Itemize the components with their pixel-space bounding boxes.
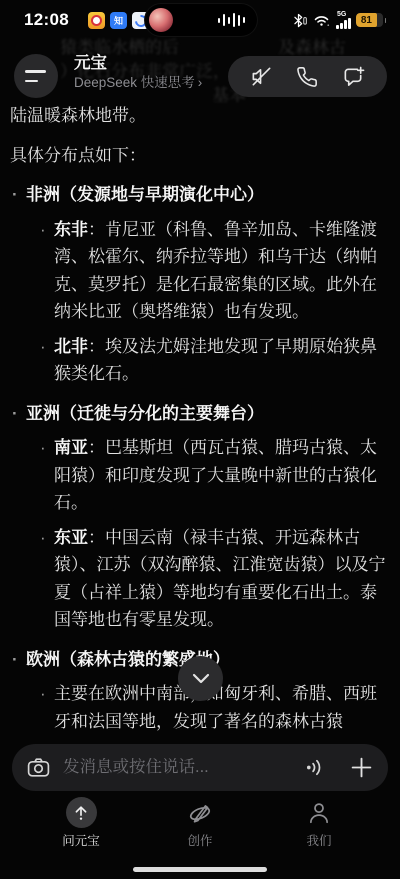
phone-call-icon[interactable] <box>296 66 318 88</box>
tab-label: 我们 <box>306 831 331 849</box>
tab-create[interactable]: 创作 <box>165 797 235 861</box>
scroll-to-bottom-button[interactable] <box>178 656 223 701</box>
arrow-up-circle-icon <box>66 797 97 828</box>
chevron-right-icon: › <box>198 73 203 92</box>
header-titles[interactable]: 元宝 DeepSeek 快速思考 › <box>74 53 202 92</box>
bullet: · <box>38 434 54 517</box>
tab-label: 问元宝 <box>62 831 100 849</box>
app-screen: 猿类临水栖的后 及森林古 ）化石分布非常广泛，主要集中在欧 基本 12:08 知 <box>0 0 400 879</box>
zhihu-app-icon: 知 <box>110 12 127 29</box>
app-title: 元宝 <box>74 53 202 73</box>
battery-indicator: 81 <box>356 13 383 27</box>
plus-icon[interactable] <box>349 755 374 780</box>
audio-waveform-icon <box>218 13 246 27</box>
header-action-pill <box>228 56 387 97</box>
home-indicator[interactable] <box>133 867 267 872</box>
status-bar: 12:08 知 5G <box>0 0 400 44</box>
list-item-east-asia: · 东亚：中国云南（禄丰古猿、开远森林古猿）、江苏（双沟醉猿、江淮宽齿猿）以及宁… <box>10 524 390 634</box>
bullet: · <box>38 524 54 634</box>
tab-label: 创作 <box>187 831 212 849</box>
bullet: · <box>10 181 26 209</box>
message-partial-line: 陆温暖森林地带。 <box>10 102 390 130</box>
hamburger-icon <box>25 70 46 73</box>
chat-message-area[interactable]: 陆温暖森林地带。 具体分布点如下： · 非洲（发源地与早期演化中心） · 东非：… <box>0 100 400 743</box>
bottom-navigation: 问元宝 创作 我们 <box>0 797 400 861</box>
message-intro-line: 具体分布点如下： <box>10 142 390 170</box>
bullet: · <box>38 333 54 388</box>
list-item-south-asia: · 南亚：巴基斯坦（西瓦古猿、腊玛古猿、太阳猿）和印度发现了大量晚中新世的古猿化… <box>10 434 390 517</box>
message-input-bar <box>12 744 388 791</box>
list-item-asia: · 亚洲（迁徙与分化的主要舞台） <box>10 400 390 428</box>
pen-orbit-icon <box>185 797 216 828</box>
list-item-north-africa: · 北非：埃及法尤姆洼地发现了早期原始狭鼻猴类化石。 <box>10 333 390 388</box>
dynamic-island-call-pill[interactable] <box>145 4 257 36</box>
model-selector[interactable]: DeepSeek 快速思考 › <box>74 73 202 92</box>
bullet: · <box>38 216 54 326</box>
bullet: · <box>10 400 26 428</box>
message-input[interactable] <box>63 758 296 777</box>
app-header: 元宝 DeepSeek 快速思考 › <box>0 52 400 104</box>
bullet: · <box>38 680 54 735</box>
chevron-down-icon <box>191 673 211 685</box>
person-icon <box>304 797 335 828</box>
clock: 12:08 <box>24 10 69 30</box>
battery-percent: 81 <box>356 13 378 27</box>
camera-icon[interactable] <box>26 755 51 780</box>
cellular-signal-icon: 5G <box>336 11 351 29</box>
menu-button[interactable] <box>14 54 58 98</box>
tab-us[interactable]: 我们 <box>284 797 354 861</box>
battery-nub <box>385 18 387 23</box>
voice-wave-icon[interactable] <box>304 756 327 779</box>
caller-avatar <box>149 8 173 32</box>
tab-ask-yuanbao[interactable]: 问元宝 <box>46 797 116 861</box>
list-item-east-africa: · 东非：肯尼亚（科鲁、鲁辛加岛、卡维隆渡湾、松霍尔、纳乔拉等地）和乌干达（纳帕… <box>10 216 390 326</box>
bluetooth-icon <box>290 12 307 29</box>
bullet: · <box>10 646 26 674</box>
status-indicators: 5G 81 <box>290 11 386 29</box>
new-chat-icon[interactable] <box>342 65 365 88</box>
weibo-app-icon <box>88 12 105 29</box>
list-item-africa: · 非洲（发源地与早期演化中心） <box>10 181 390 209</box>
wifi-icon <box>312 12 331 29</box>
notification-app-icons: 知 <box>88 12 149 29</box>
mute-speaker-icon[interactable] <box>250 65 273 88</box>
